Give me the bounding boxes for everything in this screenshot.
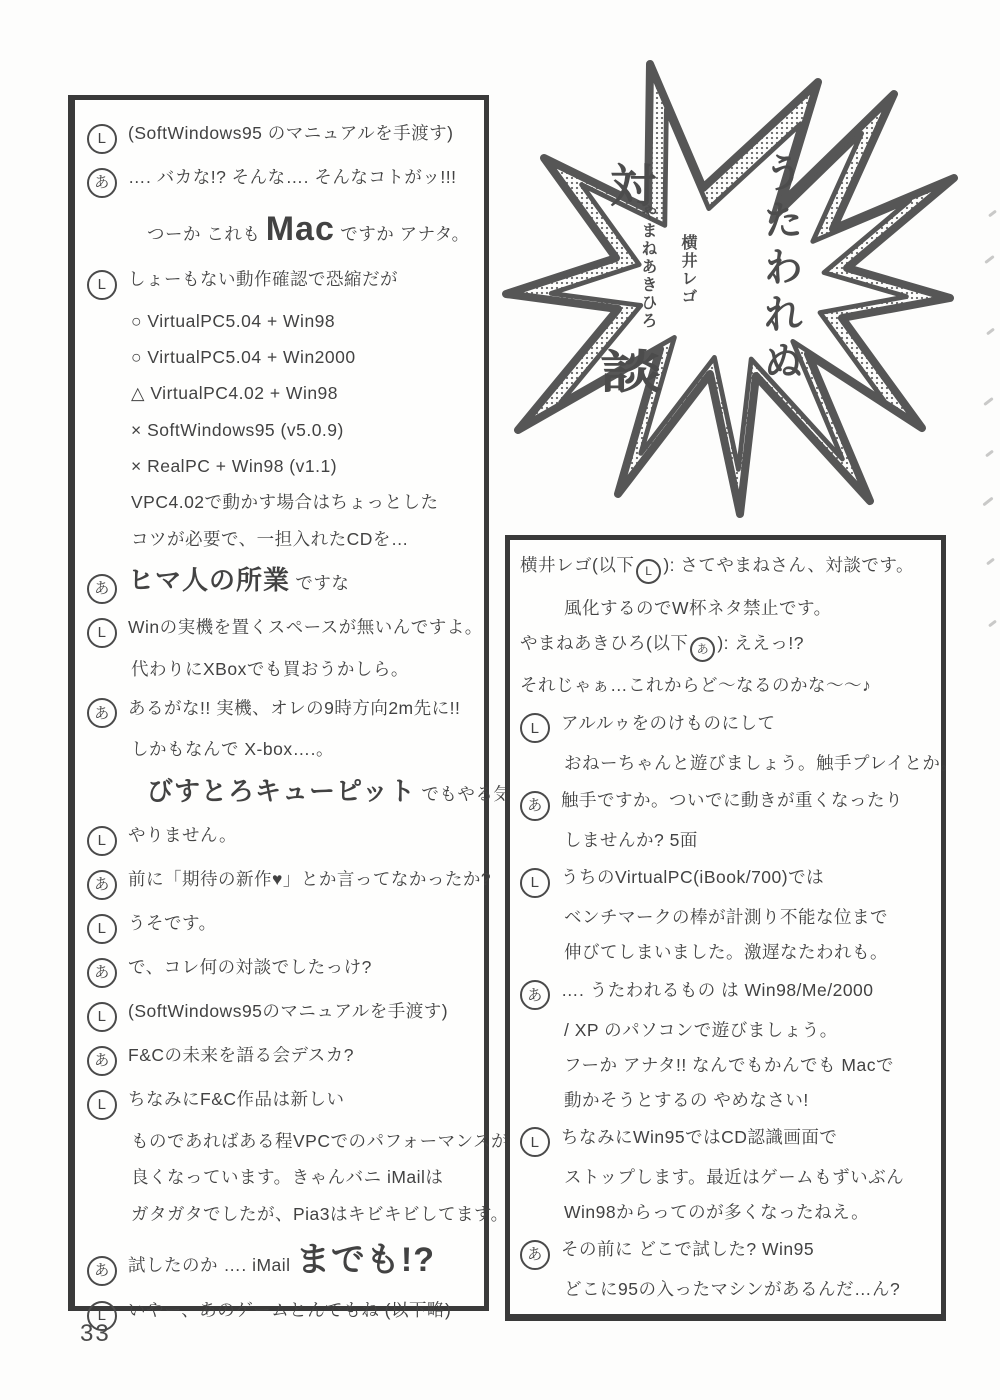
- text-segment: いやー、あのゲームとんでもね (以下略): [128, 1300, 451, 1320]
- scanned-doujinshi-page: うたわれぬ 対 談 横井レゴ やまねあきひろ L(SoftWindows95 の…: [0, 0, 1000, 1400]
- page-number: 33: [80, 1320, 111, 1348]
- speaker-badge: あ: [87, 958, 117, 988]
- text-segment: ヒマ人の所業: [128, 565, 290, 595]
- speaker-badge: あ: [87, 870, 117, 900]
- dialogue-line: あF&Cの未来を語る会デスカ?: [87, 1042, 474, 1072]
- speaker-badge: あ: [87, 168, 117, 198]
- dialogue-line: びすとろキューピット でもやる気デスか?: [87, 775, 474, 808]
- speaker-badge-inline: あ: [690, 637, 715, 662]
- text-segment: おねーちゃんと遊びましょう。触手プレイとか。: [564, 753, 958, 773]
- bleed-mark: [985, 450, 994, 458]
- left-dialogue-panel: L(SoftWindows95 のマニュアルを手渡す)あ…. バカな!? そんな…: [68, 95, 489, 1311]
- dialogue-line: L(SoftWindows95 のマニュアルを手渡す): [87, 120, 474, 150]
- dialogue-text: VPC4.02で動かす場合はちょっとした: [131, 491, 439, 513]
- dialogue-text: ヒマ人の所業 ですな: [128, 564, 349, 597]
- text-segment: ベンチマークの棒が計測り不能な位まで: [564, 907, 888, 927]
- speaker-badge: L: [87, 270, 117, 300]
- dialogue-line: L(SoftWindows95のマニュアルを手渡す): [87, 998, 474, 1028]
- text-segment: …. バカな!? そんな…. そんなコトがッ!!!: [128, 167, 457, 187]
- dialogue-line: あ…. バカな!? そんな…. そんなコトがッ!!!: [87, 164, 474, 194]
- speaker-name-yamane: やまねあきひろ: [636, 204, 659, 330]
- dialogue-line: おねーちゃんと遊びましょう。触手プレイとか。: [520, 752, 933, 774]
- text-segment: ○ VirtualPC5.04 + Win2000: [131, 347, 356, 367]
- right-dialogue-panel: 横井レゴ(以下L): さてやまねさん、対談です。風化するのでW杯ネタ禁止です。や…: [505, 535, 946, 1321]
- title-series-text: うたわれぬ: [752, 152, 809, 387]
- text-segment: しょーもない動作確認で恐縮だが: [128, 269, 398, 289]
- dialogue-line: VPC4.02で動かす場合はちょっとした: [87, 491, 474, 513]
- text-segment: までも!?: [296, 1241, 435, 1279]
- dialogue-text: どこに95の入ったマシンがあるんだ…ん?: [564, 1278, 900, 1300]
- text-segment: びすとろキューピット: [147, 776, 416, 806]
- dialogue-line: それじゃぁ…これからど〜なるのかな〜〜♪: [520, 674, 933, 696]
- text-segment: × RealPC + Win98 (v1.1): [131, 456, 337, 476]
- text-segment: フーか アナタ!! なんでもかんでも Macで: [564, 1055, 894, 1075]
- text-segment: Winの実機を置くスペースが無いんですよ。: [128, 617, 483, 637]
- speaker-badge: あ: [520, 980, 550, 1010]
- text-segment: ○ VirtualPC5.04 + Win98: [131, 311, 335, 331]
- text-segment: 良くなっています。きゃんバニ iMailは: [131, 1167, 443, 1187]
- dialogue-text: × RealPC + Win98 (v1.1): [131, 455, 337, 477]
- dialogue-text: ものであればある程VPCでのパフォーマンスが: [131, 1130, 509, 1152]
- text-segment: ガタガタでしたが、Pia3はキビキビしてます。: [131, 1204, 509, 1224]
- dialogue-line: あヒマ人の所業 ですな: [87, 564, 474, 600]
- dialogue-text: フーか アナタ!! なんでもかんでも Macで: [564, 1054, 894, 1076]
- dialogue-text: × SoftWindows95 (v5.0.9): [131, 419, 344, 441]
- text-segment: しませんか? 5面: [564, 830, 698, 850]
- dialogue-line: フーか アナタ!! なんでもかんでも Macで: [520, 1054, 933, 1076]
- dialogue-text: ベンチマークの棒が計測り不能な位まで: [564, 906, 888, 928]
- text-segment: ですな: [290, 573, 349, 593]
- dialogue-line: ○ VirtualPC5.04 + Win2000: [87, 346, 474, 368]
- dialogue-text: ○ VirtualPC5.04 + Win98: [131, 310, 335, 332]
- dialogue-text: それじゃぁ…これからど〜なるのかな〜〜♪: [520, 674, 871, 696]
- text-segment: F&Cの未来を語る会デスカ?: [128, 1045, 354, 1065]
- starburst-shape: [490, 46, 976, 528]
- text-segment: つーか これも: [147, 224, 266, 244]
- text-segment: △ VirtualPC4.02 + Win98: [131, 383, 338, 403]
- dialogue-line: ベンチマークの棒が計測り不能な位まで: [520, 906, 933, 928]
- text-segment: それじゃぁ…これからど〜なるのかな〜〜♪: [520, 675, 871, 695]
- speaker-badge: あ: [87, 698, 117, 728]
- dialogue-line: 伸びてしまいました。激遅なたわれも。: [520, 941, 933, 963]
- dialogue-line: Lやりません。: [87, 822, 474, 852]
- text-segment: × SoftWindows95 (v5.0.9): [131, 420, 344, 440]
- dialogue-text: しかもなんで X-box….。: [131, 738, 334, 760]
- dialogue-line: あ試したのか …. iMail までも!?: [87, 1239, 474, 1283]
- dialogue-text: つーか これも Mac ですか アナタ。: [147, 208, 470, 252]
- dialogue-line: あ…. うたわれるもの は Win98/Me/2000: [520, 976, 933, 1006]
- text-segment: ですか アナタ。: [335, 224, 470, 244]
- dialogue-text: で、コレ何の対談でしたっけ?: [128, 956, 372, 978]
- text-segment: 触手ですか。ついでに動きが重くなったり: [561, 790, 903, 810]
- dialogue-line: LWinの実機を置くスペースが無いんですよ。: [87, 614, 474, 644]
- dialogue-text: うそです。: [128, 912, 217, 934]
- speaker-badge: あ: [87, 574, 117, 604]
- dialogue-line: しませんか? 5面: [520, 829, 933, 851]
- dialogue-text: 動かそうとするの やめなさい!: [564, 1089, 809, 1111]
- dialogue-line: / XP のパソコンで遊びましょう。: [520, 1019, 933, 1041]
- text-segment: どこに95の入ったマシンがあるんだ…ん?: [564, 1279, 900, 1299]
- dialogue-line: ○ VirtualPC5.04 + Win98: [87, 310, 474, 332]
- text-segment: あるがな!! 実機、オレの9時方向2m先に!!: [128, 698, 460, 718]
- dialogue-text: △ VirtualPC4.02 + Win98: [131, 382, 338, 404]
- dialogue-line: 動かそうとするの やめなさい!: [520, 1089, 933, 1111]
- dialogue-text: しませんか? 5面: [564, 829, 698, 851]
- dialogue-text: 前に「期待の新作♥」とか言ってなかったか?: [128, 868, 491, 890]
- speaker-badge: L: [87, 914, 117, 944]
- text-segment: やまねあきひろ(以下: [520, 633, 688, 653]
- dialogue-line: Win98からってのが多くなったねえ。: [520, 1201, 933, 1223]
- dialogue-text: F&Cの未来を語る会デスカ?: [128, 1044, 354, 1066]
- text-segment: うちのVirtualPC(iBook/700)では: [561, 867, 824, 887]
- text-segment: 代わりにXBoxでも買おうかしら。: [131, 659, 409, 679]
- dialogue-text: ストップします。最近はゲームもずいぶん: [564, 1166, 904, 1188]
- text-segment: (SoftWindows95のマニュアルを手渡す): [128, 1001, 448, 1021]
- speaker-name-yokoi: 横井レゴ: [676, 234, 699, 306]
- speaker-badge: L: [87, 618, 117, 648]
- text-segment: 風化するのでW杯ネタ禁止です。: [564, 598, 832, 618]
- dialogue-line: あ触手ですか。ついでに動きが重くなったり: [520, 787, 933, 817]
- dialogue-line: Lいやー、あのゲームとんでもね (以下略): [87, 1297, 474, 1327]
- dialogue-line: Lうそです。: [87, 910, 474, 940]
- speaker-badge: L: [520, 868, 550, 898]
- text-segment: Win98からってのが多くなったねえ。: [564, 1202, 869, 1222]
- dialogue-text: 風化するのでW杯ネタ禁止です。: [564, 597, 832, 619]
- text-segment: 試したのか …. iMail: [128, 1255, 296, 1275]
- speaker-badge: あ: [520, 1240, 550, 1270]
- dialogue-text: …. うたわれるもの は Win98/Me/2000: [561, 979, 874, 1001]
- dialogue-text: ○ VirtualPC5.04 + Win2000: [131, 346, 356, 368]
- dialogue-line: ストップします。最近はゲームもずいぶん: [520, 1166, 933, 1188]
- text-segment: で、コレ何の対談でしたっけ?: [128, 957, 372, 977]
- dialogue-line: ガタガタでしたが、Pia3はキビキビしてます。: [87, 1203, 474, 1225]
- text-segment: VPC4.02で動かす場合はちょっとした: [131, 492, 439, 512]
- text-segment: うそです。: [128, 913, 217, 933]
- dialogue-line: × SoftWindows95 (v5.0.9): [87, 419, 474, 441]
- speaker-badge: L: [520, 713, 550, 743]
- dialogue-line: 代わりにXBoxでも買おうかしら。: [87, 658, 474, 680]
- dialogue-line: △ VirtualPC4.02 + Win98: [87, 382, 474, 404]
- bleed-mark: [983, 397, 994, 406]
- bleed-mark: [986, 558, 995, 566]
- bleed-mark: [982, 497, 993, 507]
- dialogue-text: やりません。: [128, 824, 237, 846]
- text-segment: ストップします。最近はゲームもずいぶん: [564, 1167, 904, 1187]
- text-segment: やりません。: [128, 825, 237, 845]
- speaker-badge: L: [87, 826, 117, 856]
- speaker-badge: あ: [520, 791, 550, 821]
- dialogue-line: コツが必要で、一担入れたCDを…: [87, 528, 474, 550]
- title-burst: [490, 46, 976, 528]
- dialogue-text: Winの実機を置くスペースが無いんですよ。: [128, 616, 483, 638]
- speaker-badge: L: [87, 124, 117, 154]
- dialogue-line: Lアルルゥをのけものにして: [520, 709, 933, 739]
- dialogue-text: うちのVirtualPC(iBook/700)では: [561, 866, 824, 888]
- dialogue-line: 良くなっています。きゃんバニ iMailは: [87, 1166, 474, 1188]
- dialogue-line: どこに95の入ったマシンがあるんだ…ん?: [520, 1278, 933, 1300]
- dialogue-text: (SoftWindows95 のマニュアルを手渡す): [128, 122, 453, 144]
- dialogue-line: あその前に どこで試した? Win95: [520, 1236, 933, 1266]
- dialogue-line: ああるがな!! 実機、オレの9時方向2m先に!!: [87, 694, 474, 724]
- dialogue-text: コツが必要で、一担入れたCDを…: [131, 528, 409, 550]
- dialogue-text: / XP のパソコンで遊びましょう。: [564, 1019, 838, 1041]
- dialogue-text: やまねあきひろ(以下あ): ええっ!?: [520, 632, 804, 662]
- dialogue-line: 風化するのでW杯ネタ禁止です。: [520, 597, 933, 619]
- dialogue-text: ちなみにWin95ではCD認識画面で: [561, 1126, 837, 1148]
- text-segment: ものであればある程VPCでのパフォーマンスが: [131, 1131, 509, 1151]
- bleed-mark: [988, 620, 997, 628]
- text-segment: ちなみにF&C作品は新しい: [128, 1089, 345, 1109]
- dialogue-text: おねーちゃんと遊びましょう。触手プレイとか。: [564, 752, 958, 774]
- dialogue-line: やまねあきひろ(以下あ): ええっ!?: [520, 632, 933, 662]
- text-segment: その前に どこで試した? Win95: [561, 1239, 814, 1259]
- text-segment: しかもなんで X-box….。: [131, 739, 334, 759]
- dialogue-line: LちなみにF&C作品は新しい: [87, 1086, 474, 1116]
- dialogue-text: しょーもない動作確認で恐縮だが: [128, 268, 398, 290]
- dialogue-text: Win98からってのが多くなったねえ。: [564, 1201, 869, 1223]
- text-segment: …. うたわれるもの は Win98/Me/2000: [561, 980, 874, 1000]
- speaker-badge: L: [520, 1127, 550, 1157]
- text-segment: ): さてやまねさん、対談です。: [663, 555, 914, 575]
- text-segment: (SoftWindows95 のマニュアルを手渡す): [128, 123, 453, 143]
- speaker-badge: あ: [87, 1046, 117, 1076]
- speaker-badge: L: [87, 1002, 117, 1032]
- dialogue-text: (SoftWindows95のマニュアルを手渡す): [128, 1000, 448, 1022]
- dialogue-line: しかもなんで X-box….。: [87, 738, 474, 760]
- bleed-mark: [986, 328, 995, 336]
- text-segment: 横井レゴ(以下: [520, 555, 634, 575]
- dialogue-text: 触手ですか。ついでに動きが重くなったり: [561, 789, 903, 811]
- bleed-mark: [988, 210, 997, 218]
- text-segment: ちなみにWin95ではCD認識画面で: [561, 1127, 837, 1147]
- dialogue-line: つーか これも Mac ですか アナタ。: [87, 208, 474, 252]
- dialogue-text: ガタガタでしたが、Pia3はキビキビしてます。: [131, 1203, 509, 1225]
- speaker-badge-inline: L: [636, 559, 661, 584]
- title-word-bottom: 談: [600, 336, 662, 402]
- speaker-badge: L: [87, 1090, 117, 1120]
- text-segment: 動かそうとするの やめなさい!: [564, 1090, 809, 1110]
- dialogue-text: あるがな!! 実機、オレの9時方向2m先に!!: [128, 697, 460, 719]
- dialogue-text: 伸びてしまいました。激遅なたわれも。: [564, 941, 888, 963]
- dialogue-line: ものであればある程VPCでのパフォーマンスが: [87, 1130, 474, 1152]
- text-segment: Mac: [266, 210, 335, 248]
- dialogue-text: 横井レゴ(以下L): さてやまねさん、対談です。: [520, 554, 914, 584]
- text-segment: ): ええっ!?: [717, 633, 804, 653]
- bleed-mark: [984, 255, 995, 264]
- dialogue-line: LちなみにWin95ではCD認識画面で: [520, 1123, 933, 1153]
- dialogue-text: いやー、あのゲームとんでもね (以下略): [128, 1299, 451, 1321]
- dialogue-text: 良くなっています。きゃんバニ iMailは: [131, 1166, 443, 1188]
- text-segment: / XP のパソコンで遊びましょう。: [564, 1020, 838, 1040]
- dialogue-line: あ前に「期待の新作♥」とか言ってなかったか?: [87, 866, 474, 896]
- dialogue-text: アルルゥをのけものにして: [561, 712, 776, 734]
- speaker-badge: あ: [87, 1256, 117, 1286]
- dialogue-text: 代わりにXBoxでも買おうかしら。: [131, 658, 409, 680]
- text-segment: 伸びてしまいました。激遅なたわれも。: [564, 942, 888, 962]
- text-segment: アルルゥをのけものにして: [561, 713, 776, 733]
- dialogue-text: …. バカな!? そんな…. そんなコトがッ!!!: [128, 166, 457, 188]
- dialogue-line: Lしょーもない動作確認で恐縮だが: [87, 266, 474, 296]
- dialogue-text: ちなみにF&C作品は新しい: [128, 1088, 345, 1110]
- dialogue-text: その前に どこで試した? Win95: [561, 1238, 814, 1260]
- dialogue-text: 試したのか …. iMail までも!?: [128, 1239, 435, 1283]
- dialogue-line: 横井レゴ(以下L): さてやまねさん、対談です。: [520, 554, 933, 584]
- dialogue-line: × RealPC + Win98 (v1.1): [87, 455, 474, 477]
- text-segment: コツが必要で、一担入れたCDを…: [131, 529, 409, 549]
- dialogue-line: LうちのVirtualPC(iBook/700)では: [520, 864, 933, 894]
- text-segment: 前に「期待の新作♥」とか言ってなかったか?: [128, 869, 491, 889]
- dialogue-line: あで、コレ何の対談でしたっけ?: [87, 954, 474, 984]
